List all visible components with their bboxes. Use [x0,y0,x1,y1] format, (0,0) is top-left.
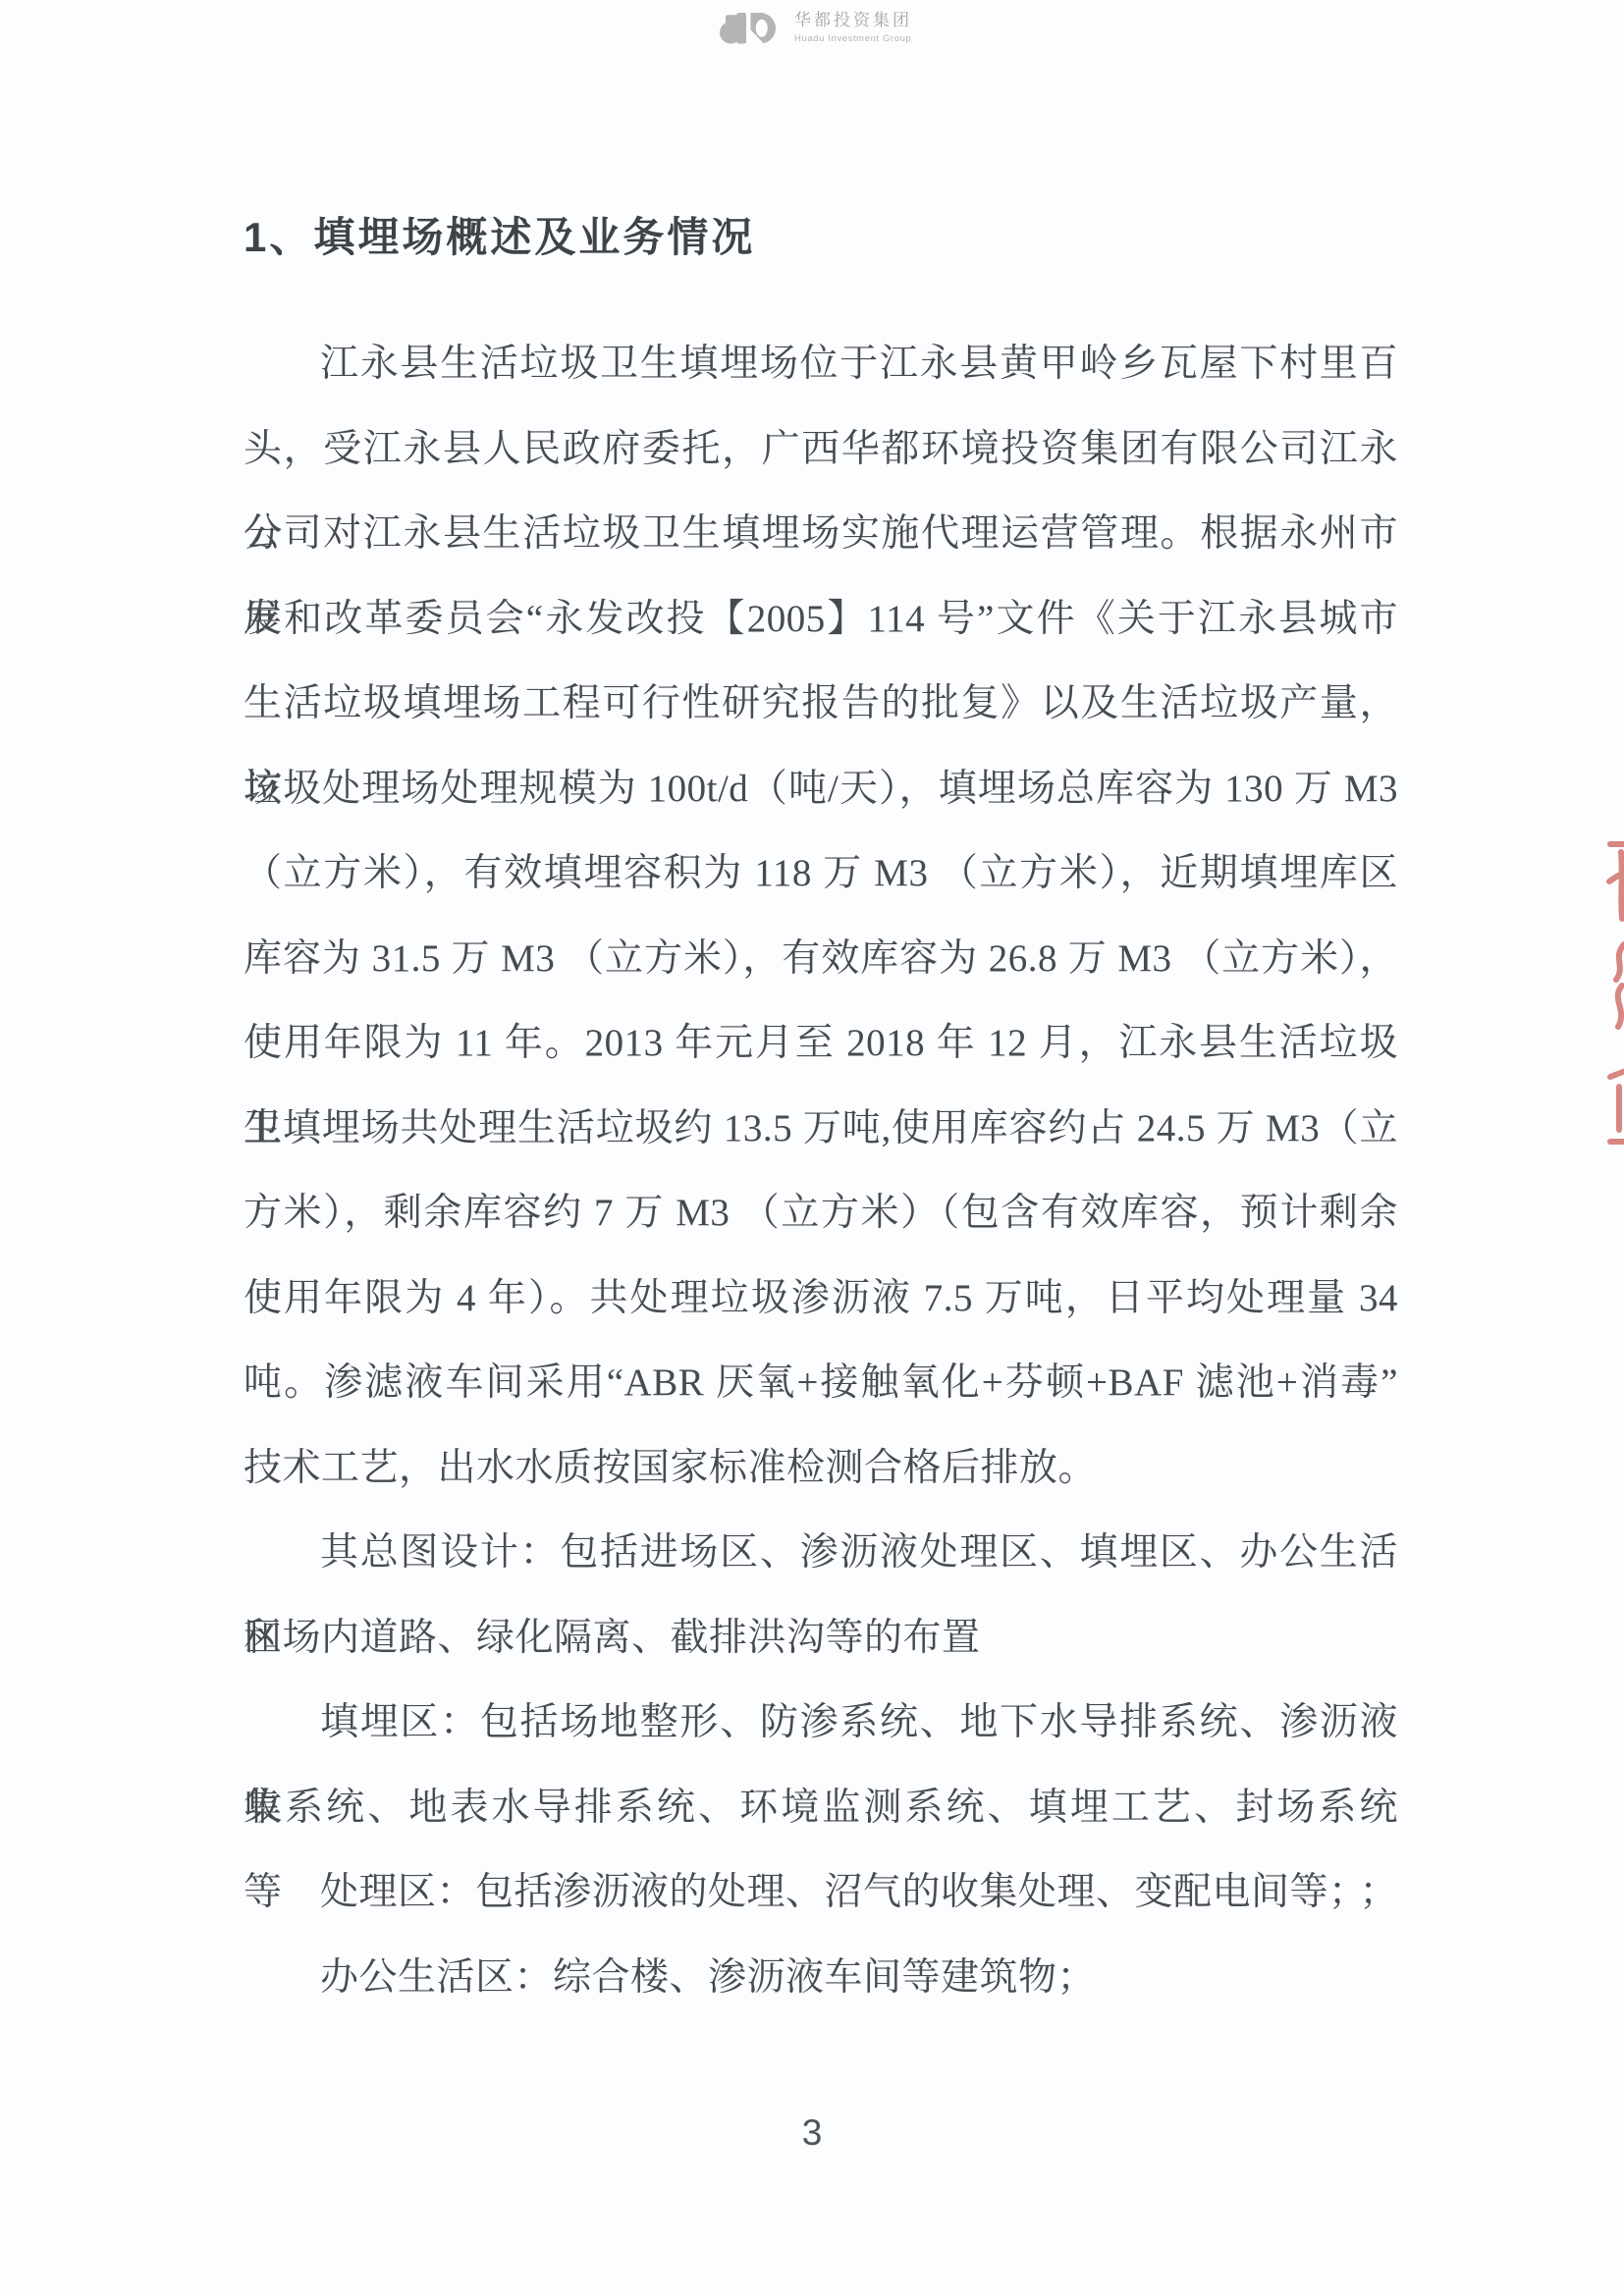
text-line: （立方米），有效填埋容积为 118 万 M3 （立方米），近期填埋库区 [244,831,1398,917]
red-stamp-fragment [1606,940,1624,1031]
text-line: 库容为 31.5 万 M3 （立方米），有效库容为 26.8 万 M3 （立方米… [244,917,1398,1002]
logo-company-name: 华都投资集团 [794,11,912,30]
text-line: 集系统、地表水导排系统、环境监测系统、填埋工艺、封场系统等； [244,1766,1398,1851]
text-line: 头，受江永县人民政府委托，广西华都环境投资集团有限公司江永分 [244,407,1398,493]
text-line: 生填埋场共处理生活垃圾约 13.5 万吨,使用库容约占 24.5 万 M3（立 [244,1087,1398,1172]
red-stamp-fragment [1606,836,1624,927]
text-line: 其总图设计：包括进场区、渗沥液处理区、填埋区、办公生活区 [244,1511,1398,1596]
text-line: 生活垃圾填埋场工程可行性研究报告的批复》以及生活垃圾产量，该 [244,662,1398,747]
page-number: 3 [0,2112,1624,2154]
text-line: 垃圾处理场处理规模为 100t/d（吨/天），填埋场总库容为 130 万 M3 [244,747,1398,832]
text-line: 处理区：包括渗沥液的处理、沼气的收集处理、变配电间等； [244,1850,1398,1936]
document-page: 华都投资集团 Huadu Investment Group 1、填埋场概述及业务… [0,0,1624,2296]
text-line: 公司对江永县生活垃圾卫生填埋场实施代理运营管理。根据永州市发 [244,492,1398,577]
company-logo: 华都投资集团 Huadu Investment Group [720,8,912,47]
text-line: 技术工艺，出水水质按国家标准检测合格后排放。 [244,1426,1398,1512]
text-line: 江永县生活垃圾卫生填埋场位于江永县黄甲岭乡瓦屋下村里百 [244,322,1398,407]
section-heading: 1、填埋场概述及业务情况 [244,212,755,263]
logo-company-name-en: Huadu Investment Group [794,33,912,44]
text-line: 方米），剩余库容约 7 万 M3 （立方米）（包含有效库容，预计剩余 [244,1171,1398,1256]
text-line: 使用年限为 11 年。2013 年元月至 2018 年 12 月，江永县生活垃圾… [244,1001,1398,1087]
text-line: 展和改革委员会“永发改投【2005】114 号”文件《关于江永县城市 [244,577,1398,663]
text-line: 使用年限为 4 年）。共处理垃圾渗沥液 7.5 万吨，日平均处理量 34 [244,1256,1398,1342]
document-body: 江永县生活垃圾卫生填埋场位于江永县黄甲岭乡瓦屋下村里百 头，受江永县人民政府委托… [244,322,1398,2020]
text-line: 吨。渗滤液车间采用“ABR 厌氧+接触氧化+芬顿+BAF 滤池+消毒” [244,1341,1398,1426]
text-line: 填埋区：包括场地整形、防渗系统、地下水导排系统、渗沥液收 [244,1681,1398,1766]
red-stamp-fragment [1606,1065,1624,1149]
hd-logo-icon [720,8,779,47]
text-line: 和场内道路、绿化隔离、截排洪沟等的布置 [244,1596,1398,1682]
text-line: 办公生活区：综合楼、渗沥液车间等建筑物； [244,1936,1398,2021]
